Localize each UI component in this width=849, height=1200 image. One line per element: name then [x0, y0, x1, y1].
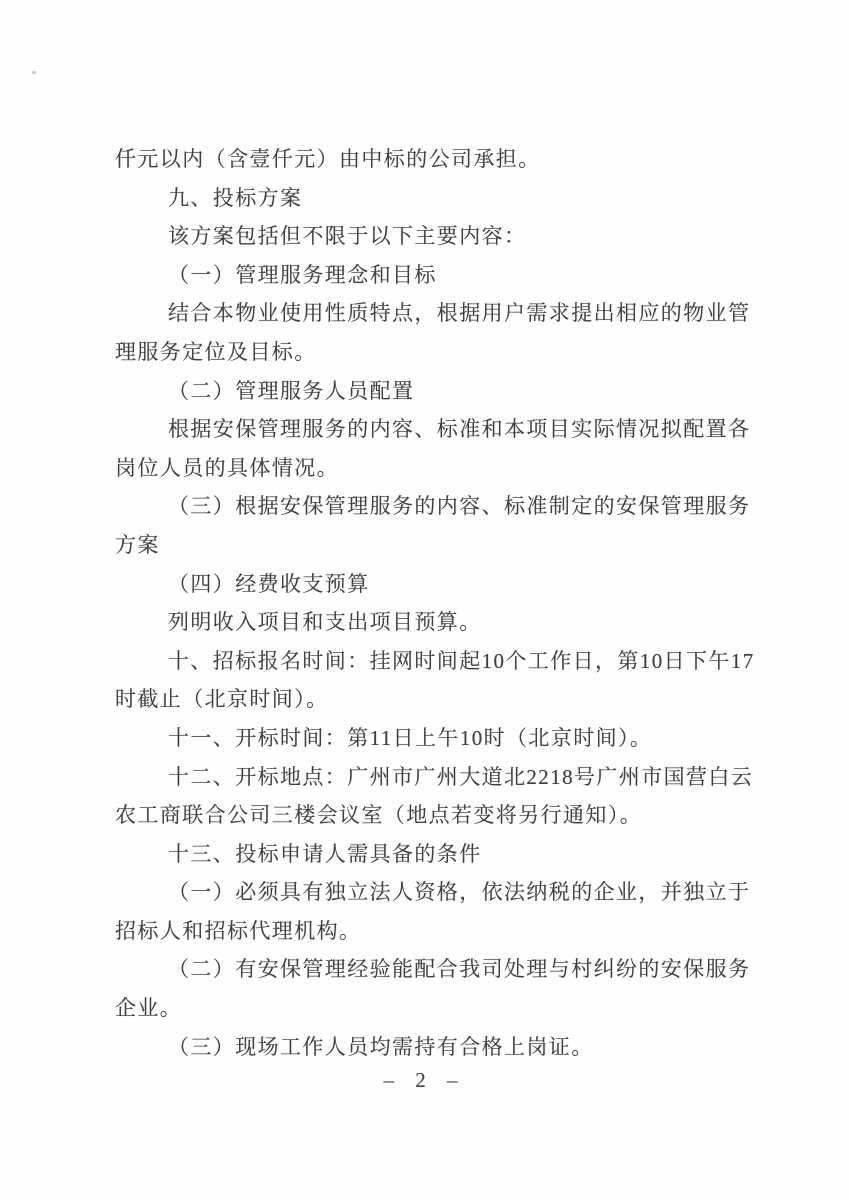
text-line: 招标人和招标代理机构。 [115, 912, 775, 951]
text-line: （二）有安保管理经验能配合我司处理与村纠纷的安保服务 [115, 950, 775, 989]
document-body: 仟元以内（含壹仟元）由中标的公司承担。九、投标方案该方案包括但不限于以下主要内容… [115, 140, 775, 1066]
text-line: 方案 [115, 526, 775, 565]
text-line: （三）根据安保管理服务的内容、标准制定的安保管理服务 [115, 487, 775, 526]
text-line: 企业。 [115, 989, 775, 1028]
text-line: 根据安保管理服务的内容、标准和本项目实际情况拟配置各 [115, 410, 775, 449]
text-line: （三）现场工作人员均需持有合格上岗证。 [115, 1028, 775, 1067]
scanned-document-page: 仟元以内（含壹仟元）由中标的公司承担。九、投标方案该方案包括但不限于以下主要内容… [0, 0, 849, 1200]
text-line: 十三、投标申请人需具备的条件 [115, 835, 775, 874]
text-line: 列明收入项目和支出项目预算。 [115, 603, 775, 642]
text-line: 十二、开标地点：广州市广州大道北2218号广州市国营白云 [115, 758, 775, 797]
text-line: 十一、开标时间：第11日上午10时（北京时间）。 [115, 719, 775, 758]
text-line: 农工商联合公司三楼会议室（地点若变将另行通知）。 [115, 796, 775, 835]
text-line: 结合本物业使用性质特点，根据用户需求提出相应的物业管 [115, 294, 775, 333]
text-line: （一）管理服务理念和目标 [115, 256, 775, 295]
text-line: 十、招标报名时间：挂网时间起10个工作日，第10日下午17 [115, 642, 775, 681]
text-line: （四）经费收支预算 [115, 565, 775, 604]
text-line: （二）管理服务人员配置 [115, 372, 775, 411]
page-number: – 2 – [0, 1068, 849, 1093]
text-line: （一）必须具有独立法人资格，依法纳税的企业，并独立于 [115, 873, 775, 912]
text-line: 九、投标方案 [115, 179, 775, 218]
text-line: 该方案包括但不限于以下主要内容： [115, 217, 775, 256]
scan-artifact-speck [32, 71, 36, 74]
text-line: 理服务定位及目标。 [115, 333, 775, 372]
text-line: 仟元以内（含壹仟元）由中标的公司承担。 [115, 140, 775, 179]
text-line: 时截止（北京时间）。 [115, 680, 775, 719]
text-line: 岗位人员的具体情况。 [115, 449, 775, 488]
